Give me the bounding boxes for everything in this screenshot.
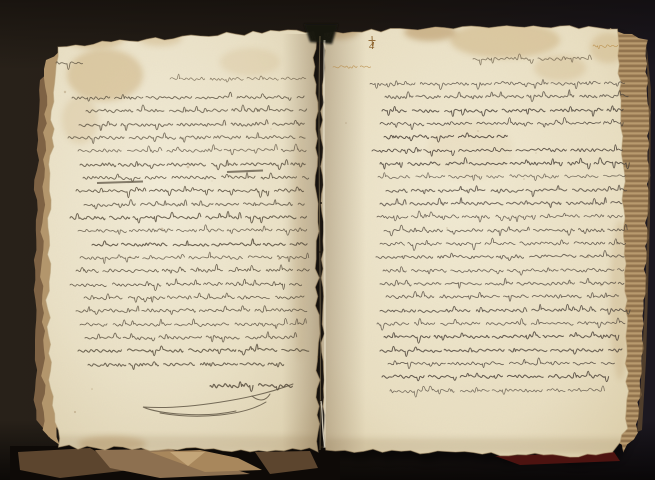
grain-overlay <box>40 20 652 465</box>
sewing-hole <box>319 251 321 253</box>
sewing-hole <box>318 356 320 358</box>
manuscript-photo: 4 <box>0 0 655 480</box>
manuscript-scene: 4 <box>0 0 655 480</box>
paper-grain-texture <box>40 20 652 465</box>
sewing-hole <box>321 446 324 449</box>
